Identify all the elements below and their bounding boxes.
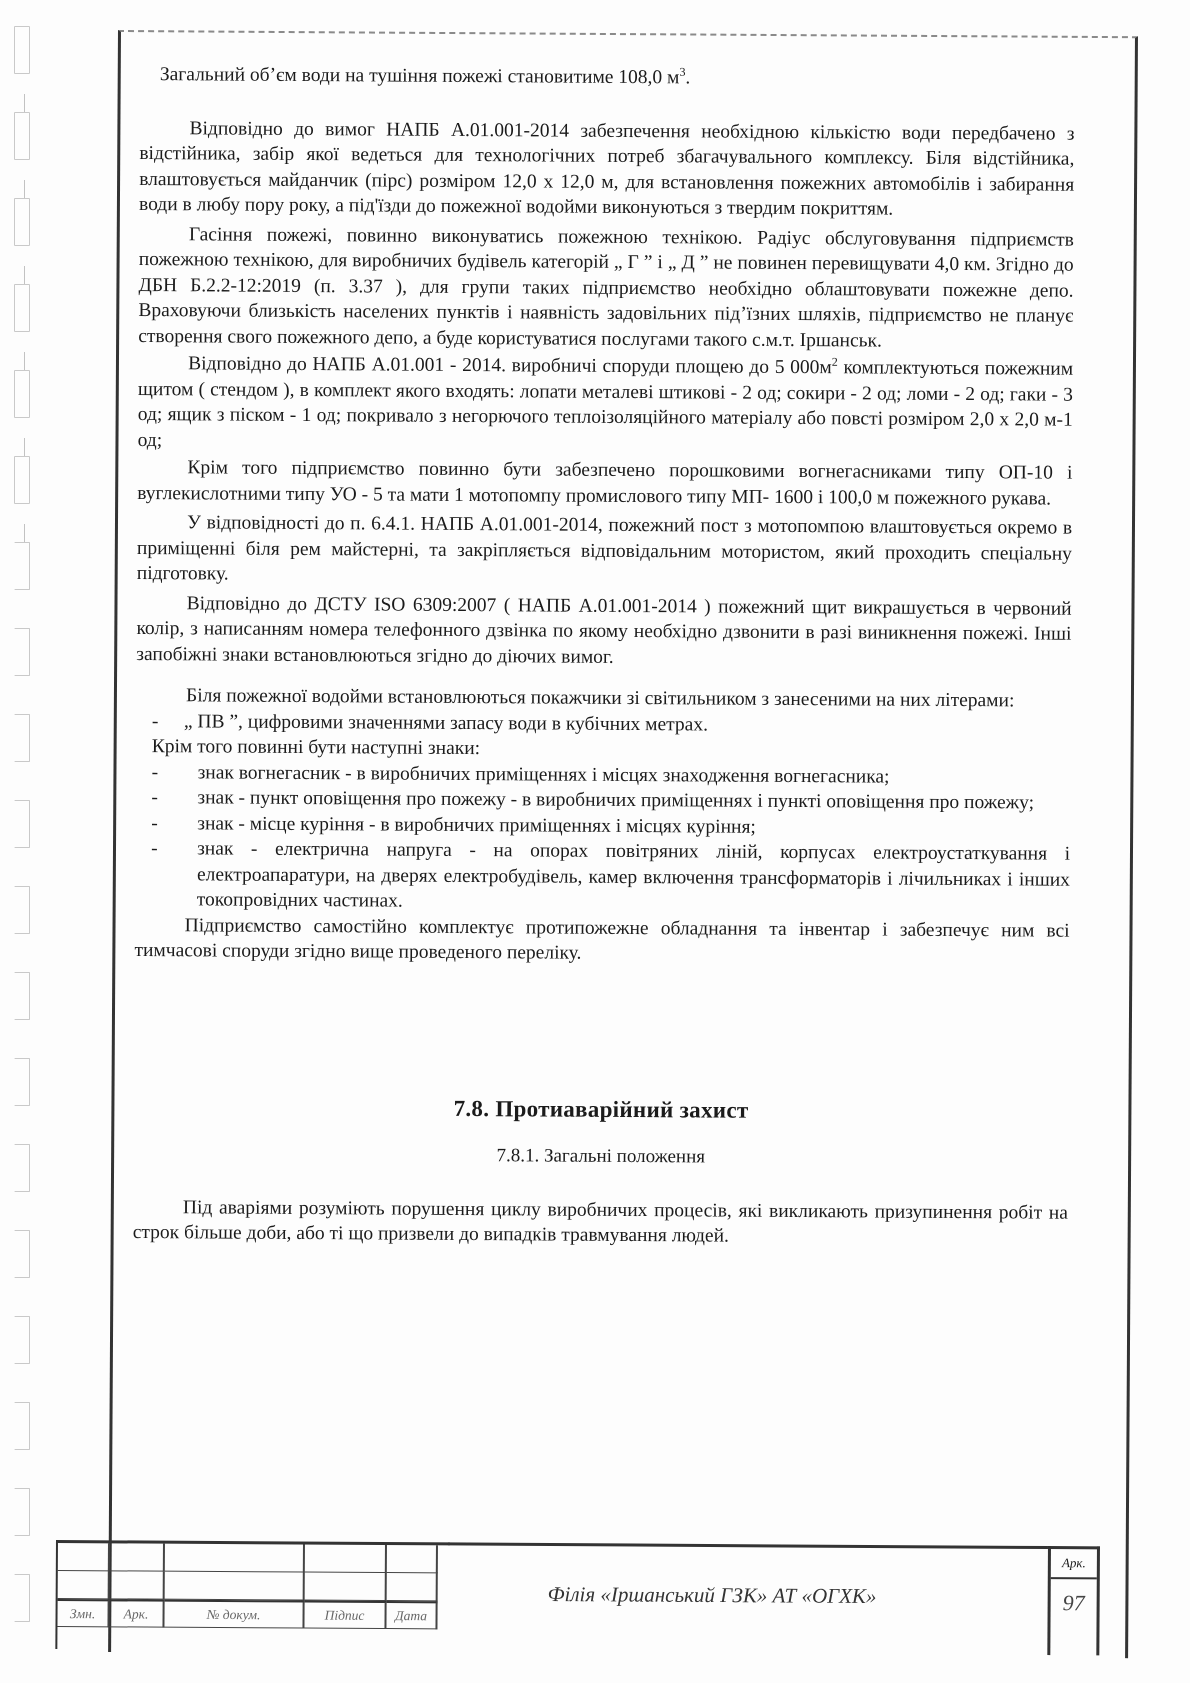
subsection-heading: 7.8.1. Загальні положення (133, 1141, 1068, 1172)
binding-hole-icon (14, 886, 30, 934)
binding-hole-icon (14, 628, 30, 676)
binding-hole-icon (14, 800, 30, 848)
col-header-change: Змн. (57, 1599, 109, 1627)
paragraph-water-supply: Відповідно до вимог НАПБ А.01.001-2014 з… (139, 115, 1075, 223)
paragraph-fire-shield: Відповідно до НАПБ А.01.001 - 2014. виро… (138, 351, 1074, 459)
binding-hole-icon (14, 456, 30, 504)
sheet-label: Арк. (1051, 1549, 1097, 1579)
sheet-number: 97 (1050, 1579, 1096, 1627)
binding-hole-icon (14, 112, 30, 160)
binding-hole-icon (14, 284, 30, 332)
col-header-doc-number: № докум. (164, 1600, 304, 1629)
revision-table: Змн. Арк. № докум. Підпис Дата (55, 1540, 450, 1651)
binding-hole-icon (14, 1402, 30, 1450)
col-header-date: Дата (386, 1601, 437, 1629)
binding-hole-icon (14, 26, 30, 74)
paragraph-total-volume: Загальний об’єм води на тушіння пожежі с… (160, 62, 1075, 93)
list-item: -знак - електрична напруга - на опорах п… (151, 836, 1070, 918)
paragraph-fire-post: У відповідності до п. 6.4.1. НАПБ А.01.0… (137, 510, 1072, 592)
binding-hole-icon (14, 972, 30, 1020)
binding-hole-icon (14, 370, 30, 418)
paragraph-closing: Підприємство самостійно комплектує проти… (134, 912, 1069, 969)
paragraph-extinguishers: Крім того підприємство повинно бути забе… (137, 455, 1072, 512)
binding-hole-icon (14, 1144, 30, 1192)
organization-name: Філія «Іршанський ГЗК» АТ «ОГХК» (548, 1582, 877, 1609)
binding-hole-icon (14, 1058, 30, 1106)
binding-hole-icon (14, 1316, 30, 1364)
paragraph-shield-color: Відповідно до ДСТУ ISO 6309:2007 ( НАПБ … (136, 590, 1071, 672)
binding-hole-icon (14, 1488, 30, 1536)
binding-hole-icon (14, 198, 30, 246)
col-header-signature: Підпис (304, 1601, 386, 1630)
signs-list: -знак вогнегасник - в виробничих приміще… (151, 760, 1071, 919)
binding-hole-icon (14, 1230, 30, 1278)
col-header-sheet: Арк. (109, 1599, 164, 1627)
binding-hole-icon (14, 1574, 30, 1622)
section-heading: 7.8. Протиаварійний захист (133, 1093, 1068, 1124)
paragraph-fire-fighting: Гасіння пожежі, повинно виконуватись пож… (138, 221, 1074, 354)
page-content: Загальний об’єм води на тушіння пожежі с… (133, 52, 1075, 1251)
title-area: Філія «Іршанський ГЗК» АТ «ОГХК» (447, 1542, 1048, 1655)
binding-marks (6, 0, 36, 1683)
binding-hole-icon (14, 542, 30, 590)
sheet-box: Арк. 97 (1047, 1546, 1100, 1655)
paragraph-accidents: Під аваріями розуміють порушення циклу в… (133, 1194, 1068, 1251)
binding-hole-icon (14, 714, 30, 762)
title-block: Змн. Арк. № докум. Підпис Дата Філія «Ір… (55, 1540, 1134, 1653)
